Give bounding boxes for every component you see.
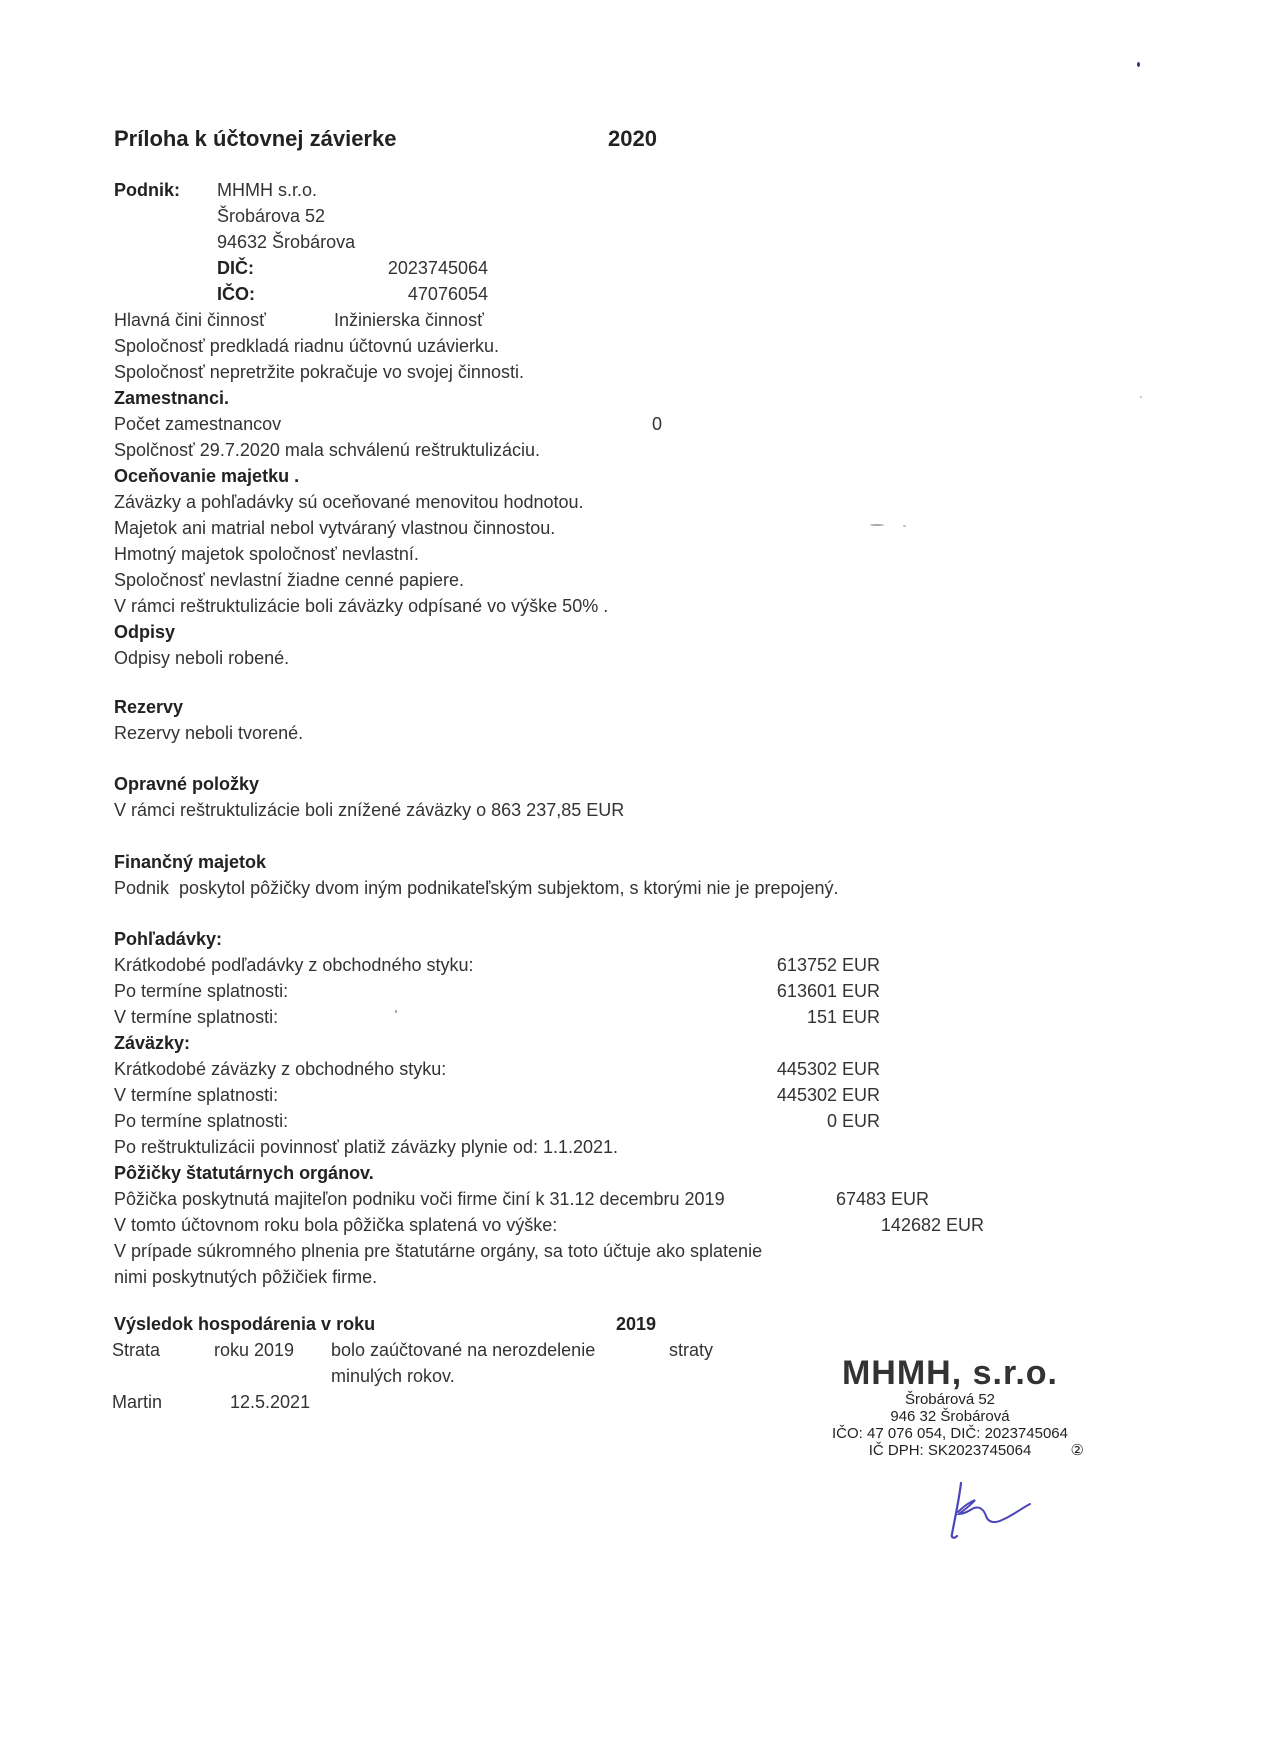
result-text-cont: minulých rokov. [331, 1366, 455, 1387]
scan-speck [903, 525, 906, 527]
valuation-line: Spoločnosť nevlastní žiadne cenné papier… [114, 570, 464, 591]
depreciation-heading: Odpisy [114, 622, 175, 643]
reserves-text: Rezervy neboli tvorené. [114, 723, 303, 744]
adjustments-heading: Opravné položky [114, 774, 259, 795]
loans-row-label: Pôžička poskytnutá majiteľon podniku voč… [114, 1189, 725, 1210]
receivables-heading: Pohľadávky: [114, 929, 222, 950]
stamp-street: Šrobárová 52 [810, 1391, 1090, 1408]
valuation-line: Hmotný majetok spoločnosť nevlastní. [114, 544, 419, 565]
receivables-row-label: V termíne splatnosti: [114, 1007, 278, 1028]
stamp-city: 946 32 Šrobárová [810, 1408, 1090, 1425]
stamp-ids: IČO: 47 076 054, DIČ: 2023745064 [810, 1425, 1090, 1442]
liabilities-heading: Záväzky: [114, 1033, 190, 1054]
liabilities-note: Po reštruktulizácii povinnosť platiž záv… [114, 1137, 618, 1158]
loans-row-label: V tomto účtovnom roku bola pôžička splat… [114, 1215, 557, 1236]
company-name: MHMH s.r.o. [217, 180, 317, 201]
result-text: bolo zaúčtované na nerozdelenie [331, 1340, 595, 1361]
liabilities-row-value: 445302 EUR [700, 1085, 880, 1106]
valuation-line: V rámci reštruktulizácie boli záväzky od… [114, 596, 608, 617]
scan-speck [395, 1010, 397, 1013]
document-year: 2020 [608, 126, 657, 152]
employees-heading: Zamestnanci. [114, 388, 229, 409]
financial-assets-heading: Finančný majetok [114, 852, 266, 873]
liabilities-row-label: Krátkodobé záväzky z obchodného styku: [114, 1059, 446, 1080]
depreciation-text: Odpisy neboli robené. [114, 648, 289, 669]
result-period: roku 2019 [214, 1340, 294, 1361]
liabilities-row-label: Po termíne splatnosti: [114, 1111, 288, 1132]
loans-row-value: 67483 EUR [836, 1189, 929, 1210]
ico-label: IČO: [217, 284, 255, 305]
loans-note: V prípade súkromného plnenia pre štatutá… [114, 1241, 762, 1262]
valuation-line: Záväzky a pohľadávky sú oceňované menovi… [114, 492, 584, 513]
liabilities-row-value: 445302 EUR [700, 1059, 880, 1080]
valuation-line: Majetok ani matrial nebol vytváraný vlas… [114, 518, 555, 539]
company-label: Podnik: [114, 180, 180, 201]
ico-value: 47076054 [340, 284, 488, 305]
loans-heading: Pôžičky štatutárnych orgánov. [114, 1163, 374, 1184]
loans-note: nimi poskytnutých pôžičiek firme. [114, 1267, 377, 1288]
receivables-row-value: 613601 EUR [700, 981, 880, 1002]
receivables-row-label: Po termíne splatnosti: [114, 981, 288, 1002]
liabilities-row-value: 0 EUR [700, 1111, 880, 1132]
company-city: 94632 Šrobárova [217, 232, 355, 253]
scan-speck [1140, 396, 1142, 398]
receivables-row-label: Krátkodobé podľadávky z obchodného styku… [114, 955, 474, 976]
result-year: 2019 [616, 1314, 656, 1335]
stamp-vat-number: IČ DPH: SK2023745064 [869, 1442, 1032, 1459]
stamp-company-name: MHMH, s.r.o. [810, 1355, 1090, 1391]
stamp-vat: IČ DPH: SK2023745064 ② [810, 1442, 1090, 1459]
reserves-heading: Rezervy [114, 697, 183, 718]
activity-value: Inžinierska činnosť [334, 310, 484, 331]
signature-date: 12.5.2021 [230, 1392, 310, 1413]
valuation-heading: Oceňovanie majetku . [114, 466, 299, 487]
result-type: Strata [112, 1340, 160, 1361]
employees-count-label: Počet zamestnancov [114, 414, 281, 435]
receivables-row-value: 613752 EUR [700, 955, 880, 976]
dic-label: DIČ: [217, 258, 254, 279]
loans-row-value: 142682 EUR [800, 1215, 984, 1236]
restructuring-note: Spolčnosť 29.7.2020 mala schválenú reštr… [114, 440, 540, 461]
liabilities-row-label: V termíne splatnosti: [114, 1085, 278, 1106]
document-title: Príloha k účtovnej závierke [114, 126, 396, 152]
company-statement-1: Spoločnosť predkladá riadnu účtovnú uzáv… [114, 336, 499, 357]
receivables-row-value: 151 EUR [700, 1007, 880, 1028]
employees-count: 0 [652, 414, 662, 435]
result-heading: Výsledok hospodárenia v roku [114, 1314, 375, 1335]
scan-speck [1137, 62, 1140, 67]
dic-value: 2023745064 [340, 258, 488, 279]
handwritten-signature [930, 1470, 1050, 1560]
stamp-mark-icon: ② [1071, 1442, 1084, 1459]
activity-label: Hlavná čini činnosť [114, 310, 266, 331]
signature-place: Martin [112, 1392, 162, 1413]
scan-speck [870, 524, 884, 526]
company-street: Šrobárova 52 [217, 206, 325, 227]
financial-assets-text: Podnik poskytol pôžičky dvom iným podnik… [114, 878, 839, 899]
result-text-end: straty [669, 1340, 713, 1361]
adjustments-text: V rámci reštruktulizácie boli znížené zá… [114, 800, 624, 821]
company-stamp: MHMH, s.r.o. Šrobárová 52 946 32 Šrobáro… [810, 1355, 1090, 1459]
company-statement-2: Spoločnosť nepretržite pokračuje vo svoj… [114, 362, 524, 383]
